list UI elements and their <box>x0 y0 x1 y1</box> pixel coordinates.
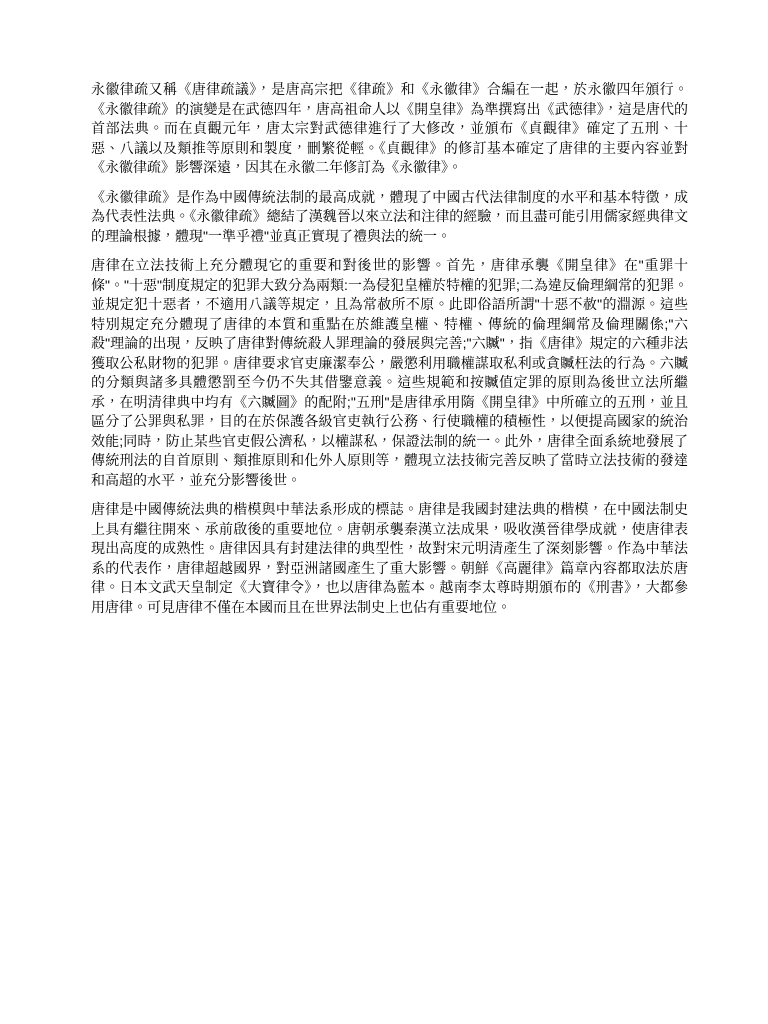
document-text-block: 永徽律疏又稱《唐律疏議》，是唐高宗把《律疏》和《永徽律》合編在一起，於永徽四年頒… <box>91 80 688 617</box>
document-page: 永徽律疏又稱《唐律疏議》，是唐高宗把《律疏》和《永徽律》合編在一起，於永徽四年頒… <box>0 0 768 1024</box>
paragraph-legislative-technique: 唐律在立法技術上充分體現它的重要和對後世的影響。首先，唐律承襲《開皇律》在"重罪… <box>91 256 688 490</box>
paragraph-yonghui-origin: 永徽律疏又稱《唐律疏議》，是唐高宗把《律疏》和《永徽律》合編在一起，於永徽四年頒… <box>91 80 688 178</box>
paragraph-highest-achievement: 《永徽律疏》是作為中國傳統法制的最高成就，體現了中國古代法律制度的水平和基本特徵… <box>91 188 688 247</box>
paragraph-influence-legacy: 唐律是中國傳統法典的楷模與中華法系形成的標誌。唐律是我國封建法典的楷模，在中國法… <box>91 500 688 617</box>
